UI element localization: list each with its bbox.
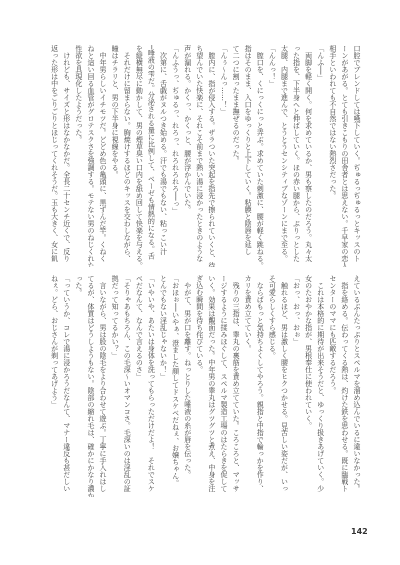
text-column: った。 — [73, 275, 85, 497]
text-column: カリを責め立てていく。 — [242, 275, 254, 497]
text-column: 相手といわれても不自然ではない熱烈さだった。 — [327, 45, 339, 267]
text-column: けれども、サイズと形はなかなかだ。全長二十センチ近くで、反り — [61, 45, 73, 267]
text-column: 女のたおやかな指が、男根奉仕に使われていく。 — [303, 275, 315, 497]
dialogue-column: とんでもない淫乱じゃないか！」 — [157, 275, 169, 497]
text-column: てるが、体質はどうしようもない。陰部の縮れ毛は、確かにかなり濃か — [85, 275, 97, 497]
dialogue-column: 「おっ、おっ、おぉ」 — [290, 275, 302, 497]
text-column: 口腔でブレンドしては嚥下していく。ぢゅるっぢゅるっとキッスのト — [351, 45, 363, 267]
text-block-top: 口腔でブレンドしては嚥下していく。ぢゅるっぢゅるっとキッスのト ーンがあがる。と… — [48, 45, 363, 267]
dialogue-column: ベだなんて、なんで言えるのさ」 — [133, 275, 145, 497]
text-column: 太腿、内腿まで進んで、とうとうセンシティブなゾーンにまで至る。 — [278, 45, 290, 267]
dialogue-column: 「おほぉ──いやぁ、澄ました顔してドスケベだねぇ、お嬢ちゃん。 — [170, 275, 182, 497]
page-number: 142 — [351, 527, 368, 536]
text-column: いく。効果は覿面だった。中年男の睾丸はグツグツと煮え、中身を注 — [206, 275, 218, 497]
text-column: 膣内に、指が侵入する。ザラついた突起を指先で擦られていくと、待 — [206, 45, 218, 267]
text-column: 次第に、舌戯がヌルつき始める。汗でも湯でもない、粘っこい汁 — [157, 45, 169, 267]
text-column: ─唾液の雫だ。分泌される量に比例して、ベーゼも情熱的になる。舌 — [145, 45, 157, 267]
text-column: ち望んでいた快楽に、それこそ前まで熱い湯に浸かったときのような — [194, 45, 206, 267]
text-column: ーンがあがる。とても引きこもりの田舎者とは思えない。千早家の恋人 — [339, 45, 351, 267]
dialogue-column: 拠だって知ってるかい？」 — [109, 275, 121, 497]
text-column: 指はそのまま、入口をゆっくりと上下していく。粘膜と陰唇を延し — [242, 45, 254, 267]
dialogue-column: 「そりゃあもちろん、この毛深～いオマンコさ。毛深いのは淫乱の証 — [121, 275, 133, 497]
dialogue-column: 「んんっ！」 — [266, 45, 278, 267]
text-column: ならばもっと気持ちよくしてやろう。親指と中指で輪っかを作り、 — [254, 275, 266, 497]
text-column: 触れるほど、男は激しく腰をヒクつかせる。見苦しい姿だが、いっ — [278, 275, 290, 497]
text-column: やがて、男が口を離す。ねっとりした唾液の糸が唇を伝った。 — [182, 275, 194, 497]
text-column: 声が漏れる。かくっ、かくっと、腰が浮かんでいた。 — [182, 45, 194, 267]
dialogue-column: 「んふ──」 — [315, 45, 327, 267]
text-column: 指を絡める。伝わってくる熱は、灼けた鉄を思わせる。既に臨戦ト — [339, 275, 351, 497]
dialogue-column: 「んふうっ、ぢゅるっ、れろっ、れろれろれろ──っ」 — [170, 45, 182, 267]
dialogue-column: 「っていうか、コレで湯に浸かろうだなんて、マナー違反も甚だしい — [61, 275, 73, 497]
text-column: ねと這い回る血管がグロテスクさを強調する。モテない男のねじくれた — [85, 45, 97, 267]
text-column: 返った形は中をごりごりとほじってくれそうだ。玉も大きく、女に飢 — [49, 45, 61, 267]
text-column: て二つに割ったまま撫ぜるのだった。 — [230, 45, 242, 267]
text-column: 言いながら、男は股の陰毛をより合わせて遊ぶ。丁寧に手入れはし — [97, 275, 109, 497]
text-column: 膣口を、くにっくにっと弄ぶ。求めていた刺激に、腰が軽く跳ねる。 — [254, 45, 266, 267]
text-block-bottom: えているぶんたっぷりとスペルマを溜め込んでいるに違いなかった。 指を絡める。伝わ… — [48, 275, 363, 497]
text-column: 両脚を軽く開く。何を求めているか、男も察したのだろう。丸々太 — [303, 45, 315, 267]
text-column: 中年男らしいイチモツだ。どどめ色の亀頭に、黒ずんだ竿。くねく — [97, 45, 109, 267]
text-column: これは本格的に期待が出来そうだと、ゆっくり扱きあげていく。少 — [315, 275, 327, 497]
text-column: そ可愛らしくすら感じる。 — [266, 275, 278, 497]
dialogue-column: 「いやいや、あたいは身体を洗ってもらっただけだよ！ それでスケ — [145, 275, 157, 497]
text-column: えているぶんたっぷりとスペルマを溜め込んでいるに違いなかった。 — [351, 275, 363, 497]
text-column: それだけに留まらない。胸焼けするほどのキッスを交わしながら、 — [121, 45, 133, 267]
dialogue-column: ねぇ。どら、おじさんが剃ってあげよう」 — [49, 275, 61, 497]
text-column: センターのママにも匹敵するだろう。 — [327, 275, 339, 497]
text-column: った指を、下半身へと伸ばしていく。ほの赤い腿から、ぷりっとした — [290, 45, 302, 267]
text-column: 性欲を具現化したようだった。 — [73, 45, 85, 267]
text-column: ージするように揉みほぐして、スペルマ製造工場のはたらきを促して — [218, 275, 230, 497]
text-column: 残りの三指は、睾丸の裏筋を責め立てていた。ころころと、マッサ — [230, 275, 242, 497]
text-column: ぎ込む瞬間を待ち侘びている。 — [194, 275, 206, 497]
dialogue-column: 「んぅ～んっ……！」 — [218, 45, 230, 267]
text-column: 瞳はチラリと、男の下半身に視線をやる。 — [109, 45, 121, 267]
text-column: を縦横無尽に動かして、男の煙草臭い口内を舐め回して快楽を与える。 — [133, 45, 145, 267]
